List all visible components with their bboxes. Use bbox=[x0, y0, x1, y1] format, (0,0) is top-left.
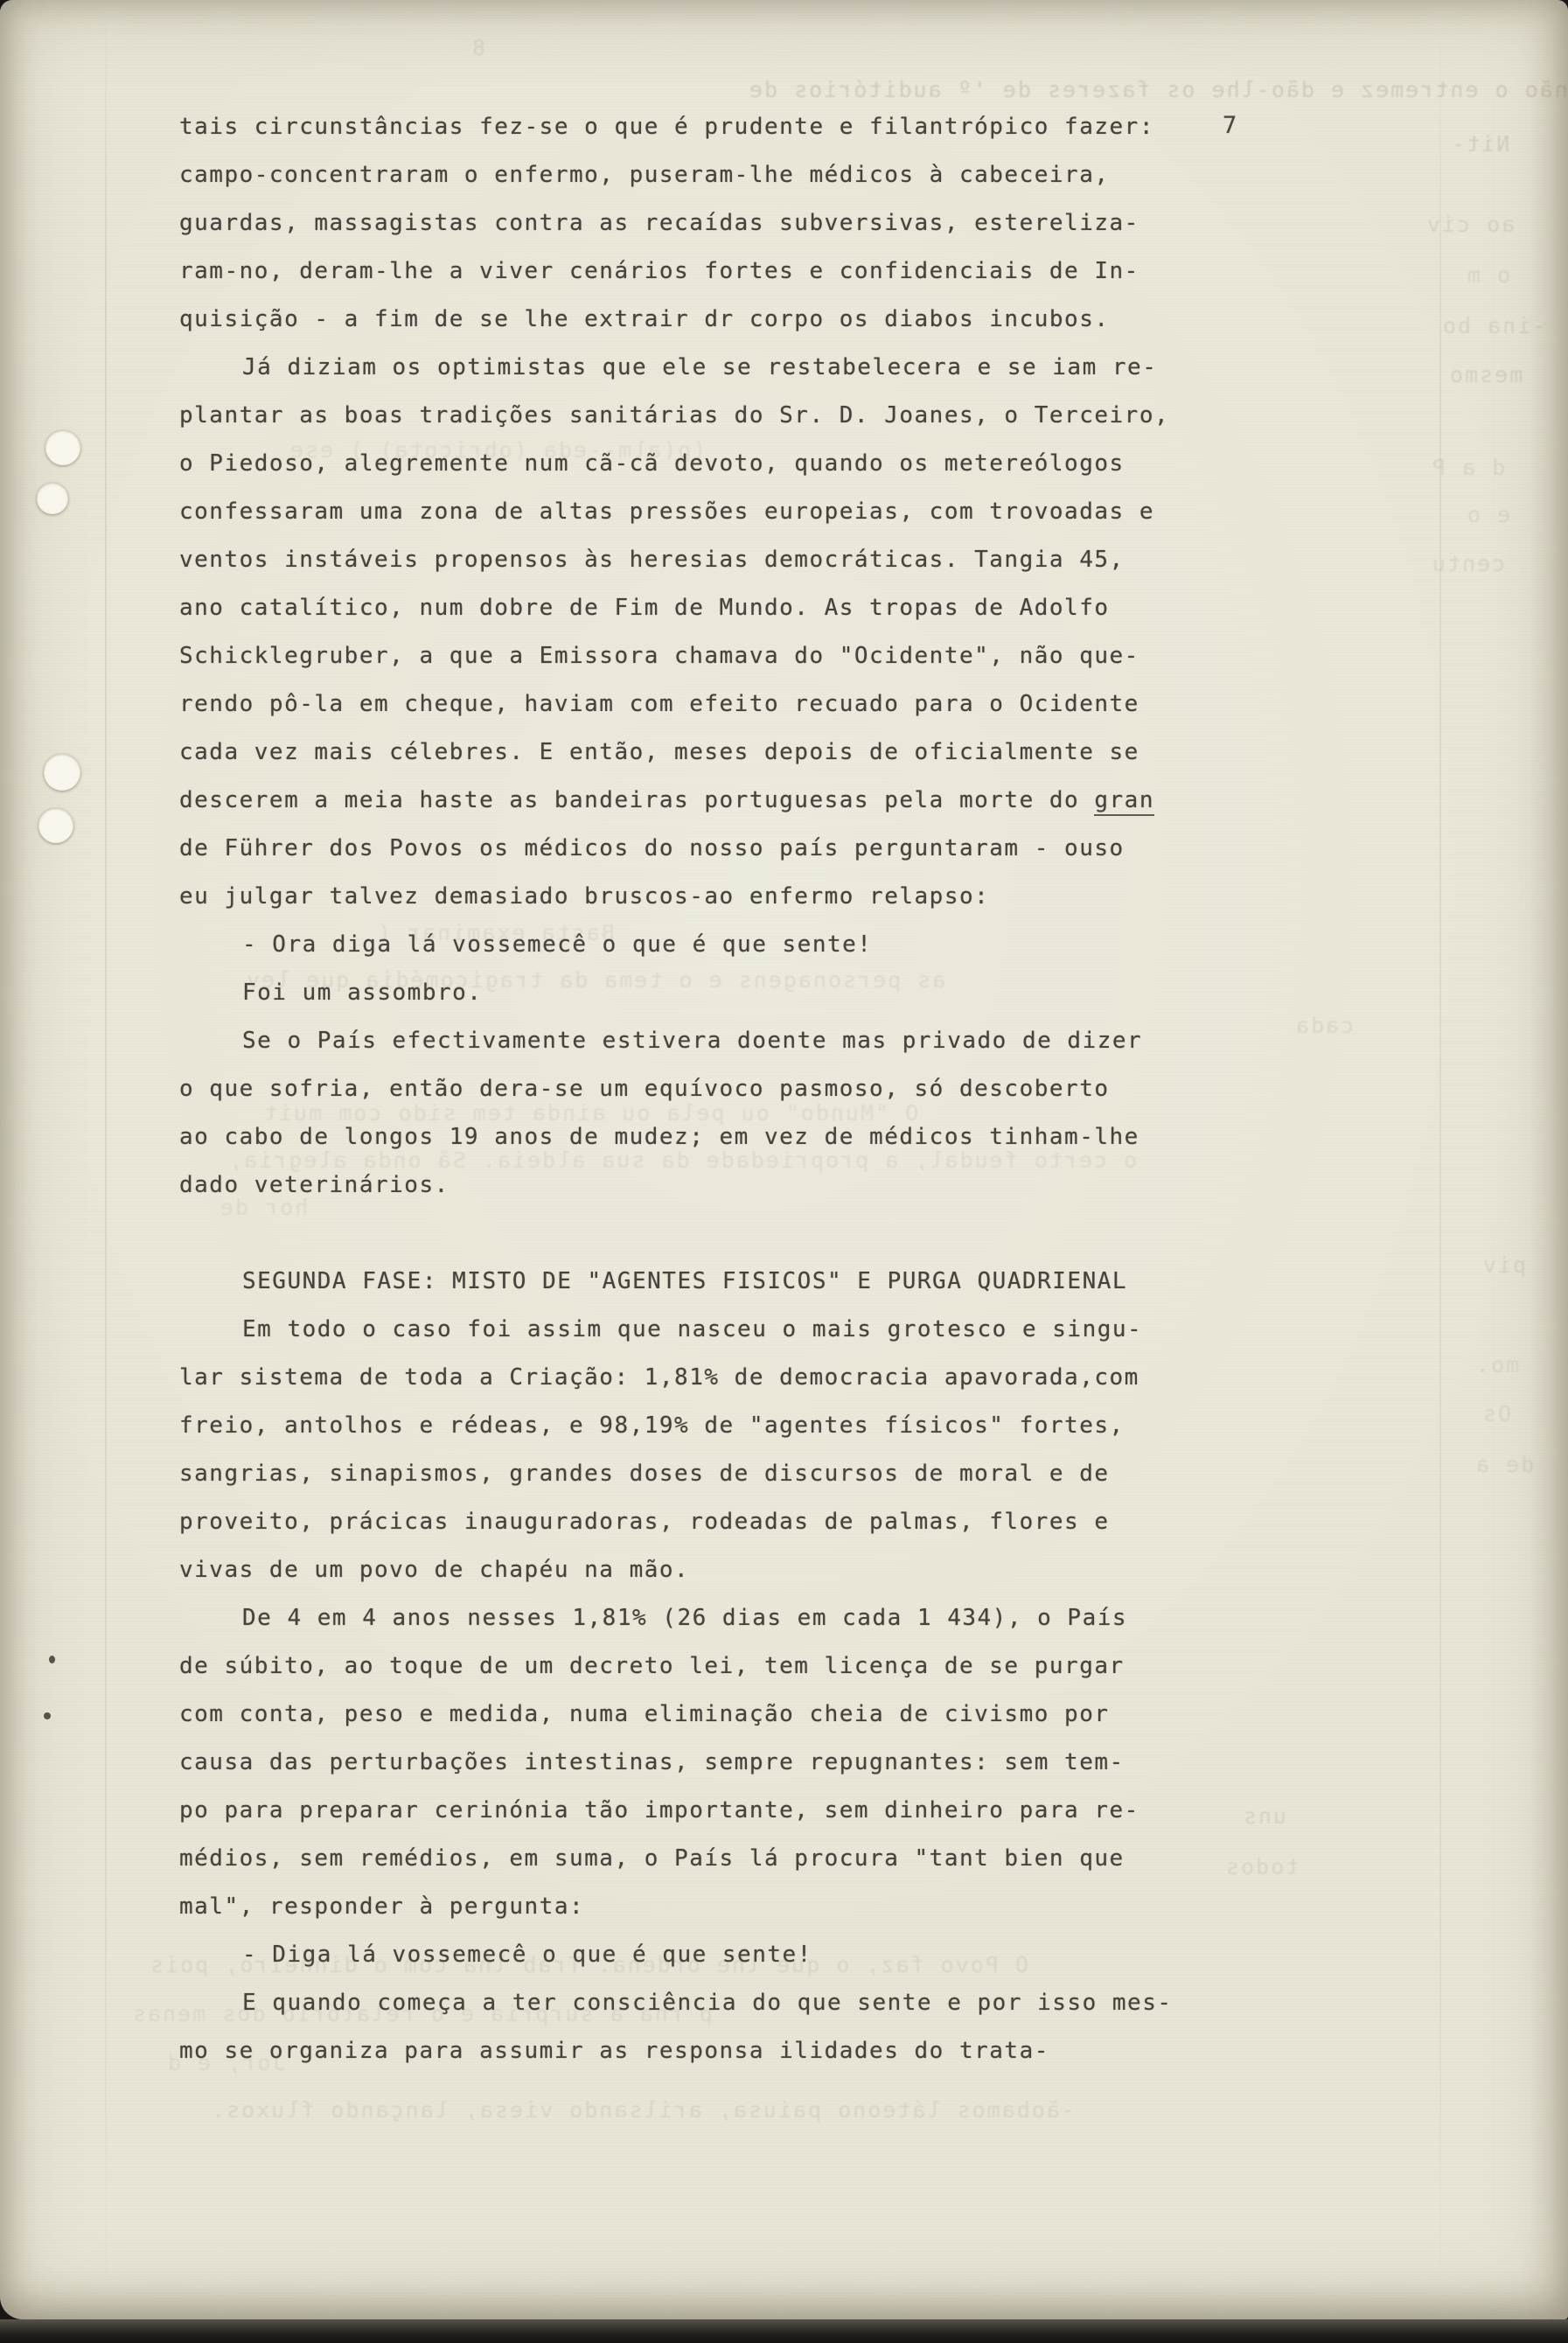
text-line: de Führer dos Povos os médicos do nosso … bbox=[179, 825, 1334, 873]
text-line: vivas de um povo de chapéu na mão. bbox=[179, 1546, 1334, 1594]
text-line: Em todo o caso foi assim que nasceu o ma… bbox=[179, 1306, 1334, 1354]
bleedthrough-text: Nit- bbox=[1450, 131, 1509, 157]
text-line: quisição - a fim de se lhe extrair dr co… bbox=[179, 296, 1334, 344]
text-line: rendo pô-la em cheque, haviam com efeito… bbox=[179, 680, 1334, 729]
text-line: descerem a meia haste as bandeiras portu… bbox=[179, 777, 1334, 825]
paper-crease bbox=[105, 0, 107, 2319]
text-line: mal", responder à pergunta: bbox=[179, 1883, 1334, 1931]
text-line: lar sistema de toda a Criação: 1,81% de … bbox=[179, 1354, 1334, 1402]
bleedthrough-text: de a bbox=[1474, 1452, 1534, 1477]
bleedthrough-text: (p(alm--eda (obricota) ) ese bbox=[289, 437, 706, 463]
text-line: Se o País efectivamente estivera doente … bbox=[179, 1017, 1334, 1065]
text-line: guardas, massagistas contra as recaídas … bbox=[179, 199, 1334, 248]
scanned-page-background: { "document": { "page_number": "7", "lin… bbox=[0, 0, 1568, 2343]
text-line: po para preparar cerinónia tão important… bbox=[179, 1787, 1334, 1835]
scanner-edge bbox=[0, 2319, 1568, 2343]
paper-crease bbox=[1439, 0, 1441, 2319]
text-line: proveito, prácicas inauguradoras, rodead… bbox=[179, 1498, 1334, 1546]
underlined-word: gran bbox=[1094, 787, 1154, 816]
bleedthrough-text: O Povo faz, o que lhe ordena. Trab lha c… bbox=[149, 1952, 1028, 1977]
bleedthrough-text: Jor, e d bbox=[166, 2050, 285, 2075]
ink-speck bbox=[44, 1712, 51, 1719]
text-line: ano catalítico, num dobre de Fim de Mund… bbox=[179, 584, 1334, 632]
bleedthrough-text: e o bbox=[1466, 502, 1510, 527]
blank-line bbox=[179, 1210, 1334, 1258]
text-line: - Ora diga lá vossemecê o que é que sent… bbox=[179, 921, 1334, 969]
bleedthrough-text: Basta examinar ( bbox=[376, 920, 615, 945]
bleedthrough-text: -ãobamos láteono paiusa, arilsando viesa… bbox=[210, 2097, 1075, 2123]
bleedthrough-text: as personagens e o tema da tragicomédia … bbox=[245, 967, 945, 993]
text-line: mo se organiza para assumir as responsa … bbox=[179, 2027, 1334, 2075]
bleedthrough-text: cada bbox=[1294, 1013, 1354, 1038]
bleedthrough-text: centu bbox=[1431, 551, 1505, 576]
text-line: com conta, peso e medida, numa eliminaçã… bbox=[179, 1691, 1334, 1739]
bleedthrough-text: mo. bbox=[1474, 1352, 1519, 1377]
text-line: tais circunstâncias fez-se o que é prude… bbox=[179, 103, 1334, 151]
punch-hole bbox=[38, 808, 73, 843]
bleedthrough-text: o m bbox=[1466, 262, 1510, 288]
text-line: sangrias, sinapismos, grandes doses de d… bbox=[179, 1450, 1334, 1498]
text-line: cada vez mais célebres. E então, meses d… bbox=[179, 729, 1334, 777]
bleedthrough-text: ao civ bbox=[1425, 212, 1515, 237]
text-line: freio, antolhos e rédeas, e 98,19% de "a… bbox=[179, 1402, 1334, 1450]
bleedthrough-text: p rna a surpria e o relatório dos menas bbox=[131, 2001, 713, 2026]
bleedthrough-text: uns bbox=[1242, 1803, 1286, 1829]
punch-hole bbox=[37, 483, 68, 514]
bleedthrough-text: Os bbox=[1481, 1401, 1511, 1426]
punch-hole bbox=[44, 754, 80, 791]
text-line: De 4 em 4 anos nesses 1,81% (26 dias em … bbox=[179, 1594, 1334, 1642]
text-line: médios, sem remédios, em suma, o País lá… bbox=[179, 1835, 1334, 1883]
text-line: Já diziam os optimistas que ele se resta… bbox=[179, 344, 1334, 392]
paper-sheet: 7 tais circunstâncias fez-se o que é pru… bbox=[0, 0, 1568, 2319]
bleedthrough-text: mento, senão o entremez e dão-lhe os faz… bbox=[748, 77, 1568, 102]
text-line: de súbito, ao toque de um decreto lei, t… bbox=[179, 1642, 1334, 1691]
bleedthrough-text: todos bbox=[1224, 1854, 1299, 1879]
bleedthrough-text: mesmo bbox=[1448, 362, 1523, 387]
text-line: eu julgar talvez demasiado bruscos-ao en… bbox=[179, 873, 1334, 921]
typed-text: tais circunstâncias fez-se o que é prude… bbox=[179, 103, 1334, 2075]
bleedthrough-text: 8 bbox=[472, 35, 487, 60]
bleedthrough-text: O "Mundo" ou pela ou ainda tem sido com … bbox=[262, 1100, 918, 1126]
text-line: causa das perturbações intestinas, sempr… bbox=[179, 1739, 1334, 1787]
ink-speck bbox=[49, 1656, 55, 1663]
bleedthrough-text: hor de bbox=[219, 1195, 308, 1220]
bleedthrough-text: o certo feudal, a propriedade da sua ald… bbox=[227, 1147, 1137, 1173]
punch-hole bbox=[45, 430, 80, 465]
text-line: campo-concentraram o enfermo, puseram-lh… bbox=[179, 151, 1334, 199]
text-line: plantar as boas tradições sanitárias do … bbox=[179, 392, 1334, 440]
text-line: ram-no, deram-lhe a viver cenários forte… bbox=[179, 248, 1334, 296]
section-heading: SEGUNDA FASE: MISTO DE "AGENTES FISICOS"… bbox=[179, 1258, 1334, 1306]
text-line: ventos instáveis propensos às heresias d… bbox=[179, 536, 1334, 584]
bleedthrough-text: d a P bbox=[1431, 455, 1505, 480]
bleedthrough-text: piv bbox=[1481, 1252, 1526, 1278]
text-line: Schicklegruber, a que a Emissora chamava… bbox=[179, 632, 1334, 680]
bleedthrough-text: -ina bo bbox=[1441, 313, 1545, 338]
text-line: confessaram uma zona de altas pressões e… bbox=[179, 488, 1334, 536]
